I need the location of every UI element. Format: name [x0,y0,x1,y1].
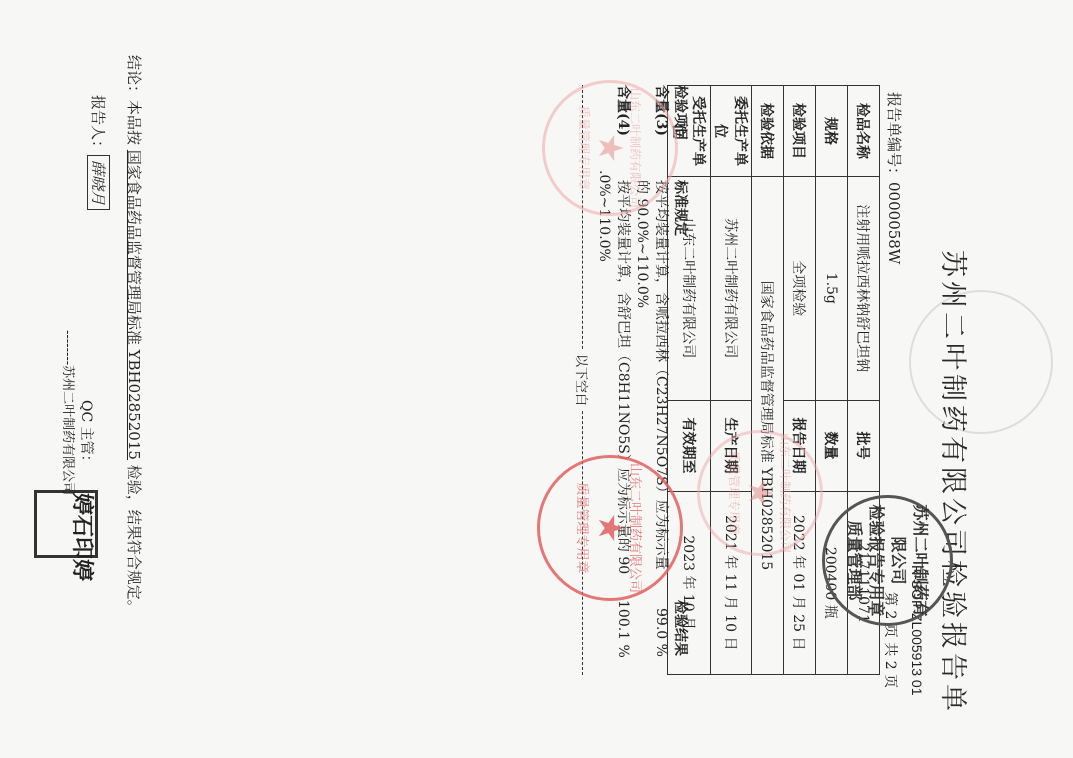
seal-text: 质量管理部 [844,498,866,623]
reporter-label: 报告人： [89,95,107,155]
label-batch: 批号 [848,400,880,491]
star-icon: ★ [743,433,777,553]
faint-background-stamp [909,290,1053,434]
footer-company: --------苏州二叶制药有限公司 [60,330,79,495]
rotated-document-page: 苏州二叶制药有限公司检验报告单 R-SOP ZL005913 01 报告单编号：… [0,0,1073,758]
value-sample-name: 注射用哌拉西林钠舒巴坦钠 [848,177,880,401]
seal-text: 检验报告专用章 [866,498,888,623]
report-number: 报告单编号：0000058W [884,92,905,264]
label-test-basis: 检验依据 [752,86,784,177]
reporter: 报告人：薛晓月 [87,95,110,210]
document-title: 苏州二叶制药有限公司检验报告单 [936,250,975,715]
star-icon: ★ [593,83,627,213]
faint-quality-seal: 山东二叶制药有限公司 ★ 质量管理专用章 [542,80,678,216]
table-row: 委托生产单位 苏州二叶制药有限公司 生产日期 2021 年 11 月 10 日 [711,86,752,675]
report-number-label: 报告单编号： [885,92,903,182]
seal-text: 质量管理专用章 [576,83,593,213]
table-row: 检验依据 国家食品药品监督管理局标准 YBH02852015 [752,86,784,675]
results-header-result: 检验结果 [670,600,689,656]
label-spec: 规格 [816,86,848,177]
conclusion: 结论：本品按 国家食品药品监督管理局标准 YBH02852015 检验，结果符合… [124,55,145,615]
blank-below-label: 以下空白 [573,350,588,410]
result-value: 100.1 % [613,600,632,658]
quality-management-seal: 山东二叶制药有限公司 ★ 质量管理专用章 [537,455,683,601]
value-test-items: 全项检验 [784,177,816,401]
reporter-signature: 薛晓月 [87,155,110,210]
label-test-items: 检验项目 [784,86,816,177]
table-row: 检验项目 全项检验 报告日期 2022 年 01 月 25 日 [784,86,816,675]
result-value: 99.0 % [651,608,670,657]
label-sample-name: 检品名称 [848,86,880,177]
report-number-value: 0000058W [885,182,903,264]
qc-supervisor-label: QC 主管： [77,400,97,469]
seal-text: 质量管理专用章 [574,458,593,598]
conclusion-text: 本品按 [125,100,143,145]
value-entrusting-unit: 苏州二叶制药有限公司 [711,177,752,401]
conclusion-prefix: 结论： [125,55,143,100]
value-test-basis: 国家食品药品监督管理局标准 YBH02852015 [752,177,784,675]
label-entrusting-unit: 委托生产单位 [711,86,752,177]
seal-text: 苏州二叶制药有限公司 [888,498,932,623]
conclusion-text-end: 检验，结果符合规定。 [125,465,143,615]
results-header-standard: 标准规定 [670,180,689,236]
qc-seal-stamp: 婷石印婷 [34,490,98,558]
conclusion-standard: 国家食品药品监督管理局标准 YBH02852015 [125,150,143,460]
inspection-report-seal: 苏州二叶制药有限公司 检验报告专用章 质量管理部 [822,495,953,626]
value-spec: 1.5g [816,177,848,401]
seal-text: 质量管理专用章 [726,433,743,553]
star-icon: ★ [593,458,627,598]
faint-quality-seal: 山东二叶制药有限公司 ★ 质量管理专用章 [697,430,823,556]
table-row: 受托生产单位 山东二叶制药有限公司 有效期至 2023 年 10 月 [668,86,711,675]
